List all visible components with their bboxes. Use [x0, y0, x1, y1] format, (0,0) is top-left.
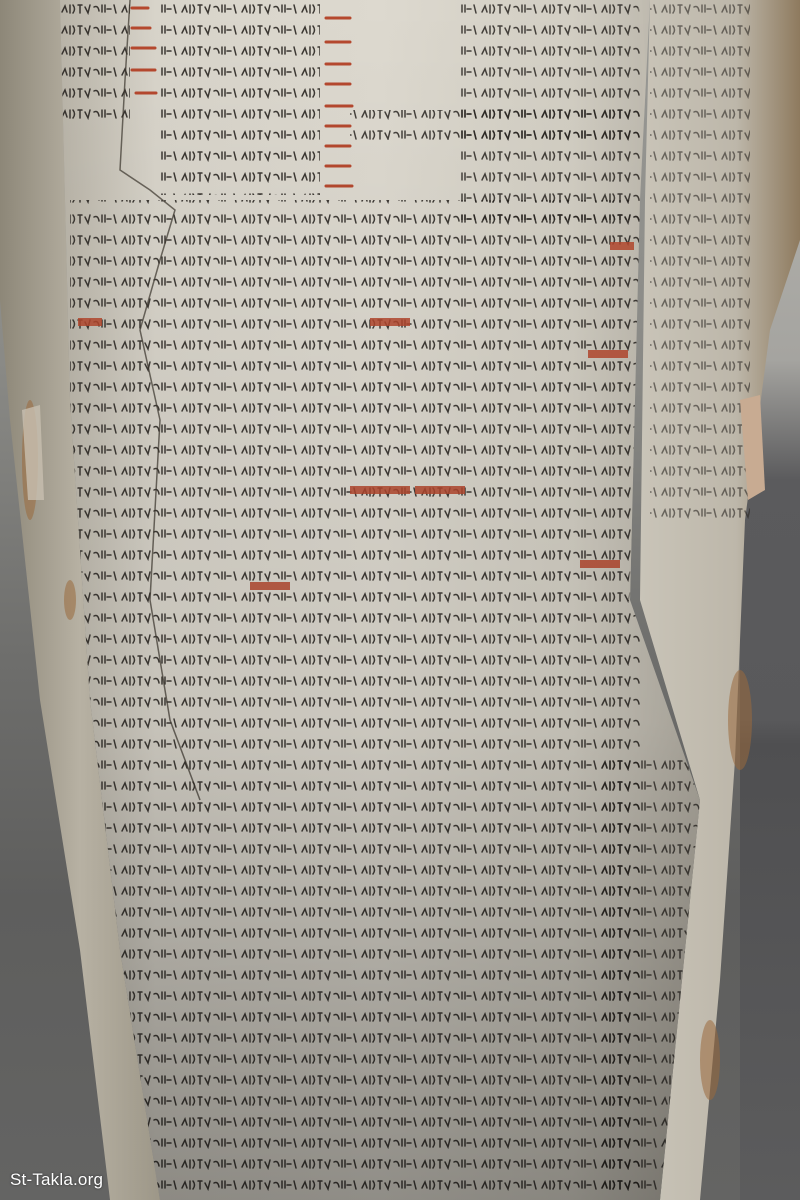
photo-scene: St-Takla.org — [0, 0, 800, 1200]
watermark: St-Takla.org — [10, 1170, 103, 1190]
inscribed-board — [0, 0, 800, 1200]
